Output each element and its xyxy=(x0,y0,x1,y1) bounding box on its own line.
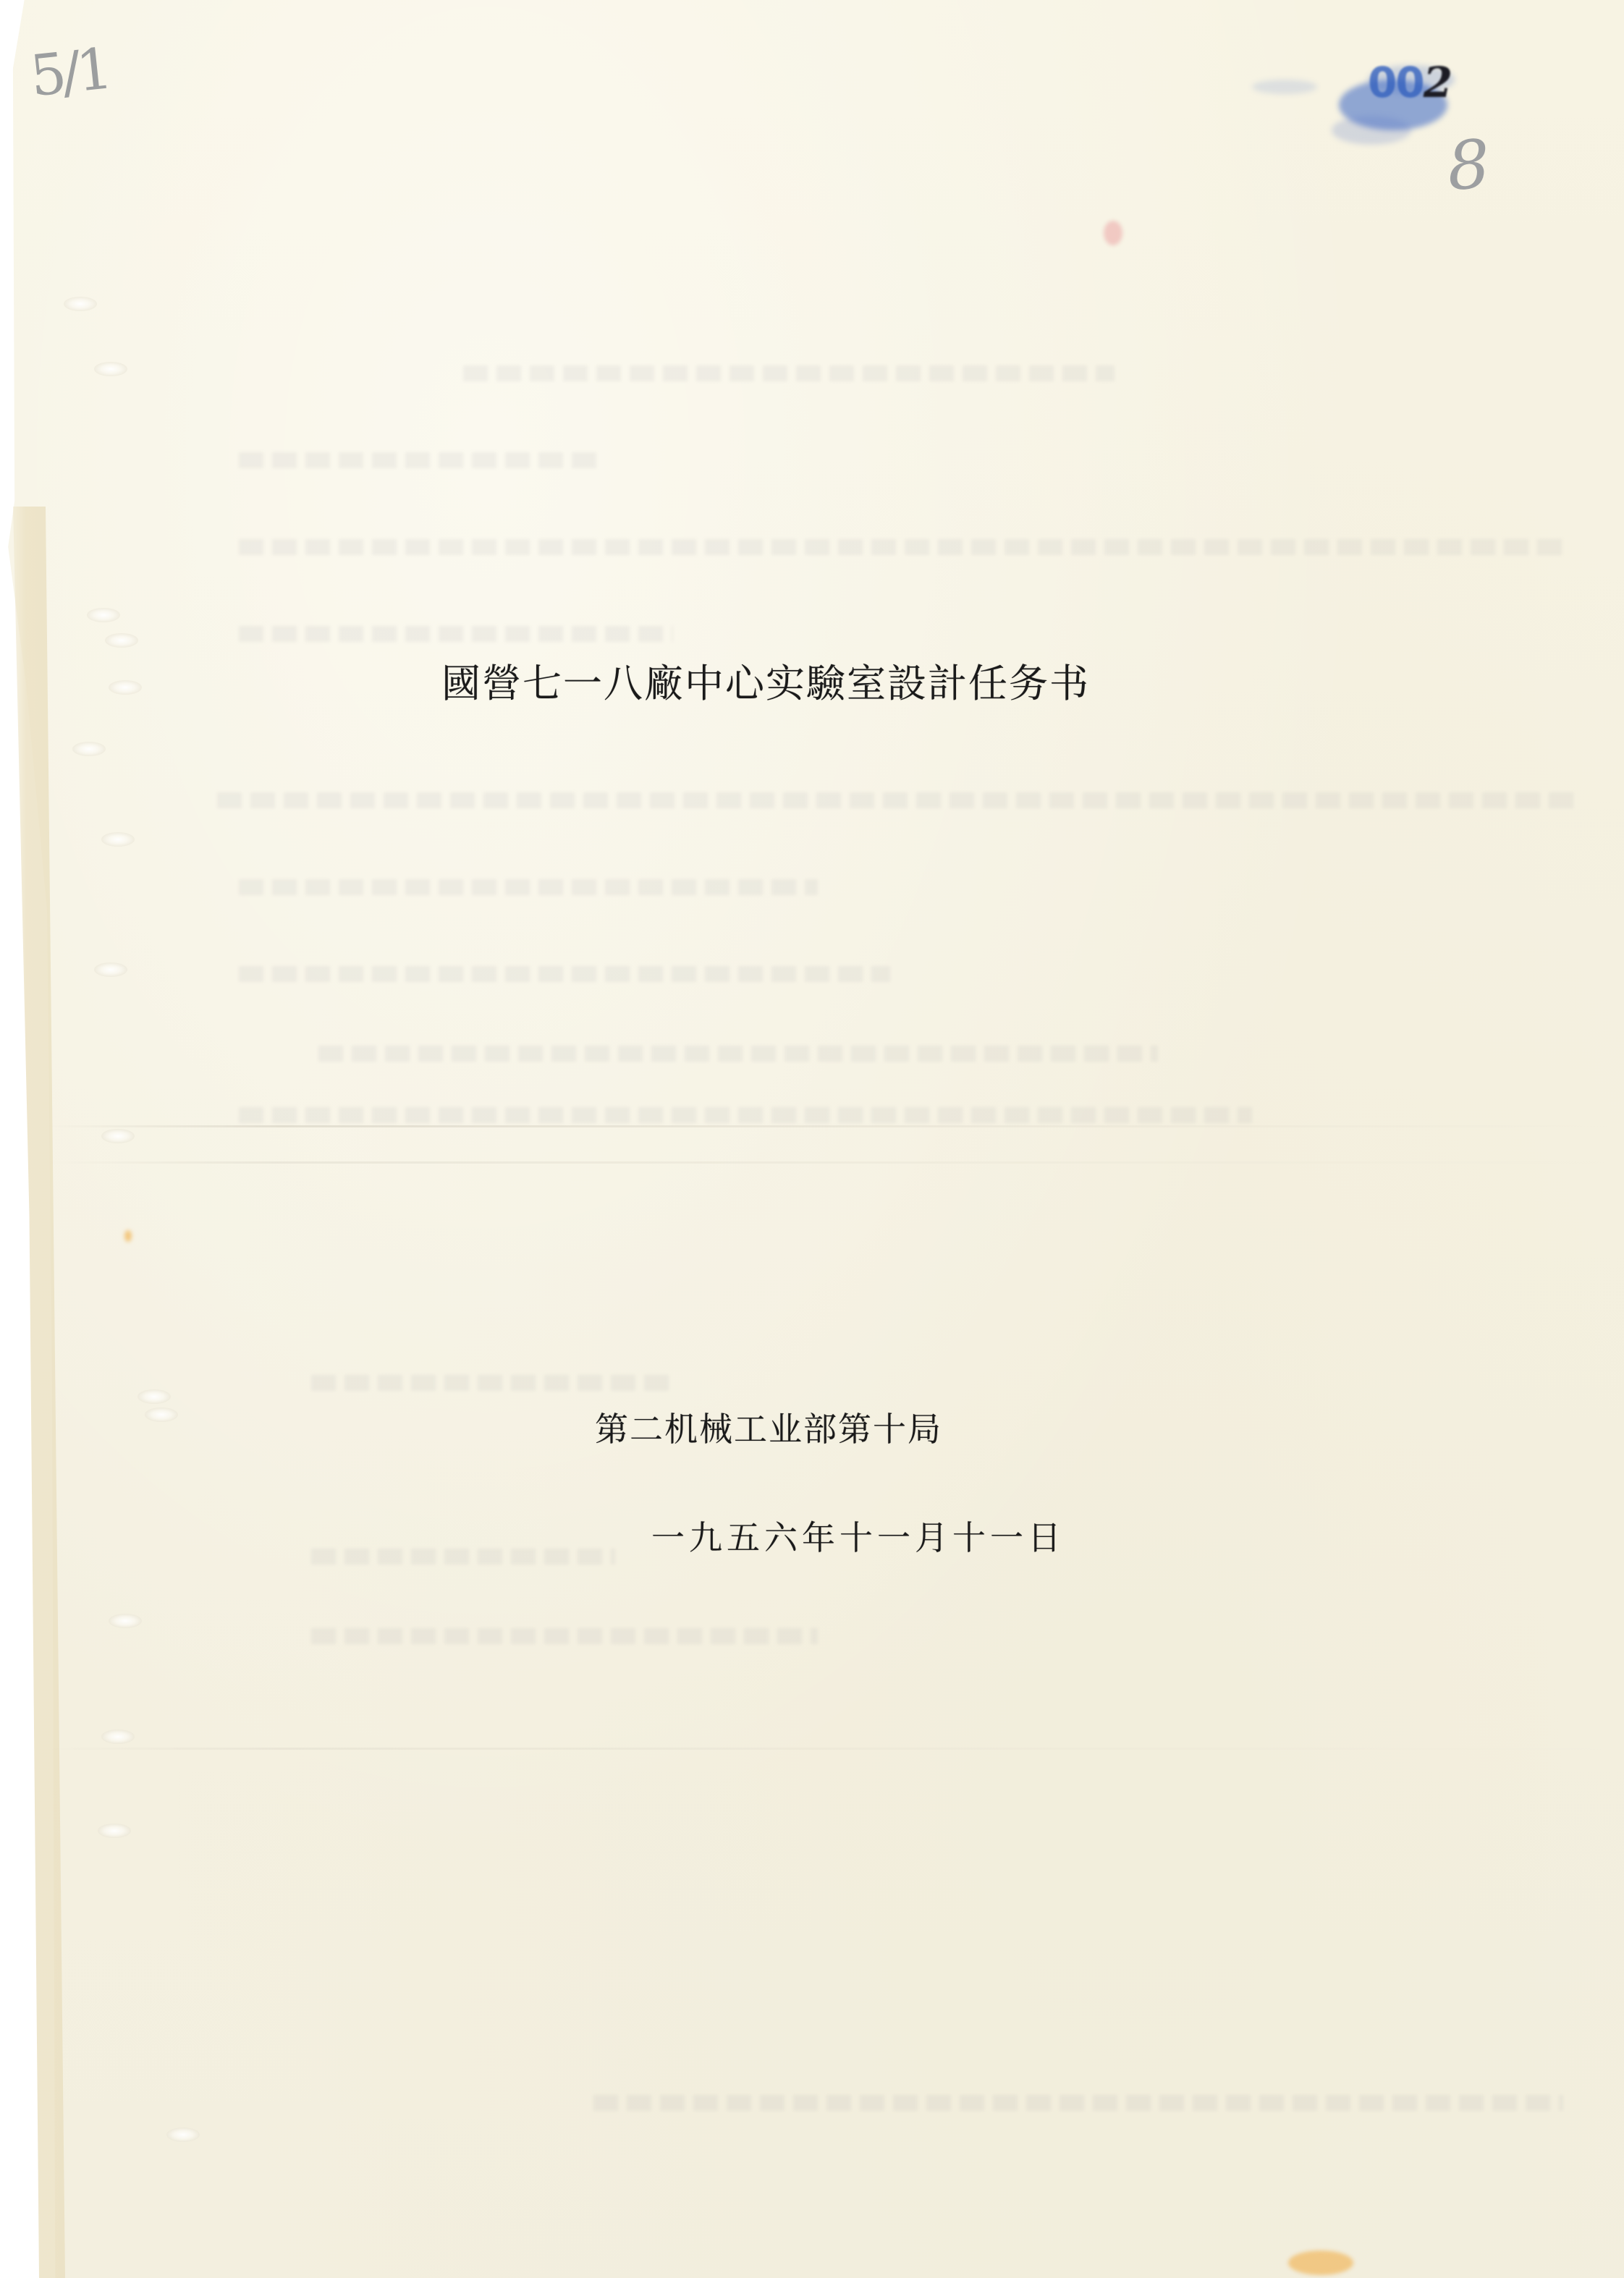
binding-hole xyxy=(64,297,97,311)
binding-hole xyxy=(98,1824,131,1838)
bleed-through-text xyxy=(239,452,601,468)
binding-hole xyxy=(109,680,142,695)
bleed-through-text xyxy=(239,966,890,982)
bleed-through-text xyxy=(311,1549,615,1564)
document-number-stamp: 002 xyxy=(1368,58,1451,107)
bleed-through-text xyxy=(318,1046,1158,1062)
pencil-page-number: 8 xyxy=(1445,125,1492,206)
bleed-through-text xyxy=(311,1375,673,1391)
binding-hole xyxy=(138,1389,171,1404)
binding-hole xyxy=(87,608,120,622)
binding-hole xyxy=(109,1614,142,1628)
stamp-handwritten-digit: 2 xyxy=(1424,58,1451,107)
issue-date: 一九五六年十一月十一日 xyxy=(651,1512,1065,1563)
paper-crease xyxy=(43,1748,1610,1750)
bleed-through-text xyxy=(239,539,1570,555)
bleed-through-text xyxy=(239,879,818,895)
stamp-digits: 00 xyxy=(1368,58,1424,107)
binding-hole xyxy=(101,1729,135,1744)
binding-hole xyxy=(72,742,106,756)
orange-stain xyxy=(124,1230,132,1242)
binding-hole xyxy=(101,1129,135,1143)
document-title: 國營七一八廠中心实驗室設計任务书 xyxy=(441,655,1093,713)
bleed-through-text xyxy=(239,626,673,642)
bleed-through-text xyxy=(593,2095,1563,2111)
bleed-through-text xyxy=(217,792,1578,808)
paper-crease xyxy=(43,1125,1610,1127)
bleed-through-text xyxy=(311,1628,818,1644)
binding-hole xyxy=(94,962,127,977)
issuing-authority: 第二机械工业部第十局 xyxy=(595,1404,942,1455)
orange-stain xyxy=(1288,2251,1353,2275)
binding-hole xyxy=(105,633,138,648)
paper-crease xyxy=(43,1161,1610,1164)
binding-hole xyxy=(145,1407,178,1422)
binding-hole xyxy=(94,362,127,376)
bleed-through-text xyxy=(463,365,1115,381)
bleed-through-text xyxy=(239,1107,1252,1123)
binding-hole xyxy=(101,832,135,847)
pencil-annotation: 5/1 xyxy=(28,41,111,106)
red-stain xyxy=(1104,221,1122,245)
binding-hole xyxy=(166,2127,200,2142)
paper-sheet xyxy=(0,0,1624,2278)
